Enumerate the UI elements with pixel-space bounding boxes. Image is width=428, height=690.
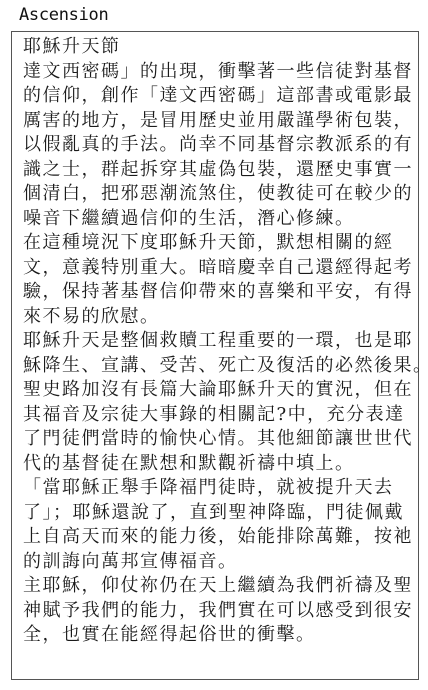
text-line: 上自高天而來的能力後，始能排除萬難，按祂 [23, 525, 428, 550]
text-line: 在這種境況下度耶穌升天節，默想相關的經 [23, 231, 428, 256]
text-line: 文，意義特別重大。暗暗慶幸自己還經得起考 [23, 256, 428, 281]
text-line: 個清白，把邪惡潮流煞住，使教徒可在較少的 [23, 182, 428, 207]
text-line: 厲害的地方，是冒用歷史並用嚴謹學術包裝， [23, 109, 428, 134]
text-line: 噪音下繼續過信仰的生活，潛心修練。 [23, 207, 428, 232]
text-line: 以假亂真的手法。尚幸不同基督宗教派系的有 [23, 133, 428, 158]
text-line: 穌降生、宣講、受苦、死亡及復活的必然後果。 [23, 354, 428, 379]
title-line: 耶穌升天節 [23, 35, 428, 60]
text-body: 耶穌升天節 達文西密碼」的出現，衝擊著一些信徒對基督 的信仰，創作「達文西密碼」… [23, 35, 428, 648]
text-line: 了門徒們當時的愉快心情。其他細節讓世世代 [23, 427, 428, 452]
text-line: 驗，保持著基督信仰帶來的喜樂和平安，有得 [23, 280, 428, 305]
text-line: 了」；耶穌還說了，直到聖神降臨，門徒佩戴 [23, 501, 428, 526]
text-line: 的信仰，創作「達文西密碼」這部書或電影最 [23, 84, 428, 109]
text-line: 耶穌升天是整個救贖工程重要的一環，也是耶 [23, 329, 428, 354]
document-heading: Ascension [19, 4, 108, 26]
text-line: 代的基督徒在默想和默觀祈禱中填上。 [23, 452, 428, 477]
text-line: 來不易的欣慰。 [23, 305, 428, 330]
text-line: 聖史路加沒有長篇大論耶穌升天的實況，但在 [23, 378, 428, 403]
text-line: 識之士，群起拆穿其虛偽包裝，還歷史事實一 [23, 158, 428, 183]
text-line: 的訓誨向萬邦宣傳福音。 [23, 550, 428, 575]
text-line: 「當耶穌正舉手降福門徒時，就被提升天去 [23, 476, 428, 501]
text-line: 全，也實在能經得起俗世的衝擊。 [23, 623, 428, 648]
text-line: 達文西密碼」的出現，衝擊著一些信徒對基督 [23, 60, 428, 85]
text-line: 主耶穌，仰仗祢仍在天上繼續為我們祈禱及聖 [23, 574, 428, 599]
text-line: 神賦予我們的能力，我們實在可以感受到很安 [23, 599, 428, 624]
text-line: 其福音及宗徒大事錄的相關記?中，充分表達 [23, 403, 428, 428]
text-box: 耶穌升天節 達文西密碼」的出現，衝擊著一些信徒對基督 的信仰，創作「達文西密碼」… [11, 31, 419, 680]
